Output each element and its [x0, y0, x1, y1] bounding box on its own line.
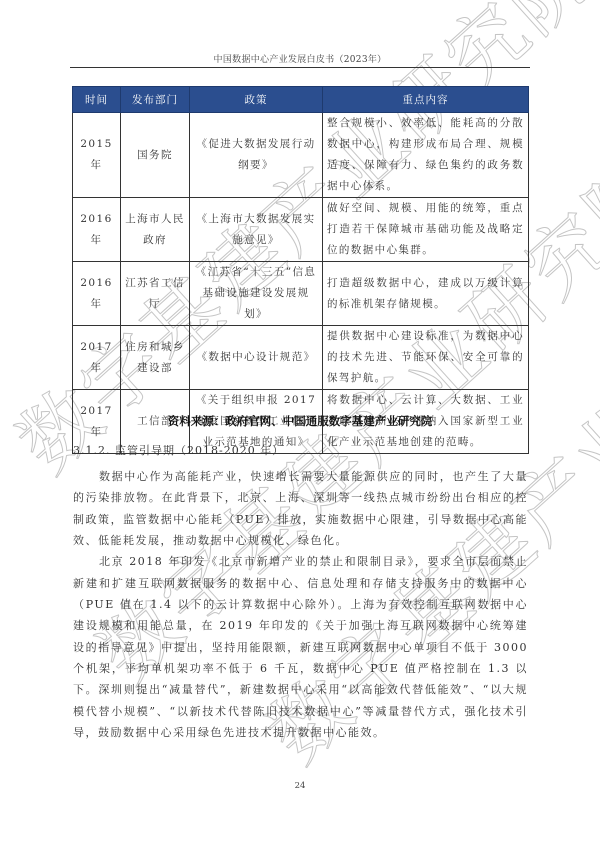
- cell-year: 2016 年: [73, 198, 121, 262]
- cell-dept: 住房和城乡建设部: [121, 326, 190, 390]
- cell-year: 2015 年: [73, 113, 121, 198]
- cell-content: 做好空间、规模、用能的统筹，重点打造若干保障城市基础功能及战略定位的数据中心集群…: [323, 198, 529, 262]
- cell-dept: 国务院: [121, 113, 190, 198]
- table-row: 2017 年 住房和城乡建设部 《数据中心设计规范》 提供数据中心建设标准，为数…: [73, 326, 529, 390]
- header-divider: [70, 67, 530, 68]
- cell-year: 2017 年: [73, 326, 121, 390]
- page-number: 24: [0, 781, 600, 791]
- cell-dept: 江苏省工信厅: [121, 262, 190, 326]
- cell-content: 打造超级数据中心，建成以万级计算的标准机架存储规模。: [323, 262, 529, 326]
- cell-content: 提供数据中心建设标准，为数据中心的技术先进、节能环保、安全可靠的保驾护航。: [323, 326, 529, 390]
- policy-table: 时间 发布部门 政策 重点内容 2015 年 国务院 《促进大数据发展行动纲要》…: [72, 86, 529, 454]
- column-header-time: 时间: [73, 87, 121, 113]
- cell-policy: 《促进大数据发展行动纲要》: [190, 113, 323, 198]
- column-header-policy: 政策: [190, 87, 323, 113]
- cell-year: 2016 年: [73, 262, 121, 326]
- section-heading: 3.1.2. 监管引导期（2018-2020 年）: [73, 443, 284, 459]
- cell-dept: 上海市人民政府: [121, 198, 190, 262]
- table-source-caption: 资料来源：政府官网、中国通服数字基建产业研究院: [70, 413, 530, 429]
- paragraph: 北京 2018 年印发《北京市新增产业的禁止和限制目录》，要求全市层面禁止新建和…: [73, 551, 528, 743]
- table-header-row: 时间 发布部门 政策 重点内容: [73, 87, 529, 113]
- table-row: 2015 年 国务院 《促进大数据发展行动纲要》 整合规模小、效率低、能耗高的分…: [73, 113, 529, 198]
- column-header-dept: 发布部门: [121, 87, 190, 113]
- cell-policy: 《上海市大数据发展实施意见》: [190, 198, 323, 262]
- table-row: 2016 年 江苏省工信厅 《江苏省“十三五”信息基础设施建设发展规划》 打造超…: [73, 262, 529, 326]
- section-body: 数据中心作为高能耗产业，快速增长需要大量能源供应的同时，也产生了大量的污染排放物…: [73, 466, 528, 743]
- cell-policy: 《江苏省“十三五”信息基础设施建设发展规划》: [190, 262, 323, 326]
- column-header-content: 重点内容: [323, 87, 529, 113]
- running-header: 中国数据中心产业发展白皮书（2023年）: [70, 54, 530, 67]
- cell-content: 整合规模小、效率低、能耗高的分散数据中心，构建形成布局合理、规模适度、保障有力、…: [323, 113, 529, 198]
- paragraph: 数据中心作为高能耗产业，快速增长需要大量能源供应的同时，也产生了大量的污染排放物…: [73, 466, 528, 551]
- table-row: 2016 年 上海市人民政府 《上海市大数据发展实施意见》 做好空间、规模、用能…: [73, 198, 529, 262]
- cell-policy: 《数据中心设计规范》: [190, 326, 323, 390]
